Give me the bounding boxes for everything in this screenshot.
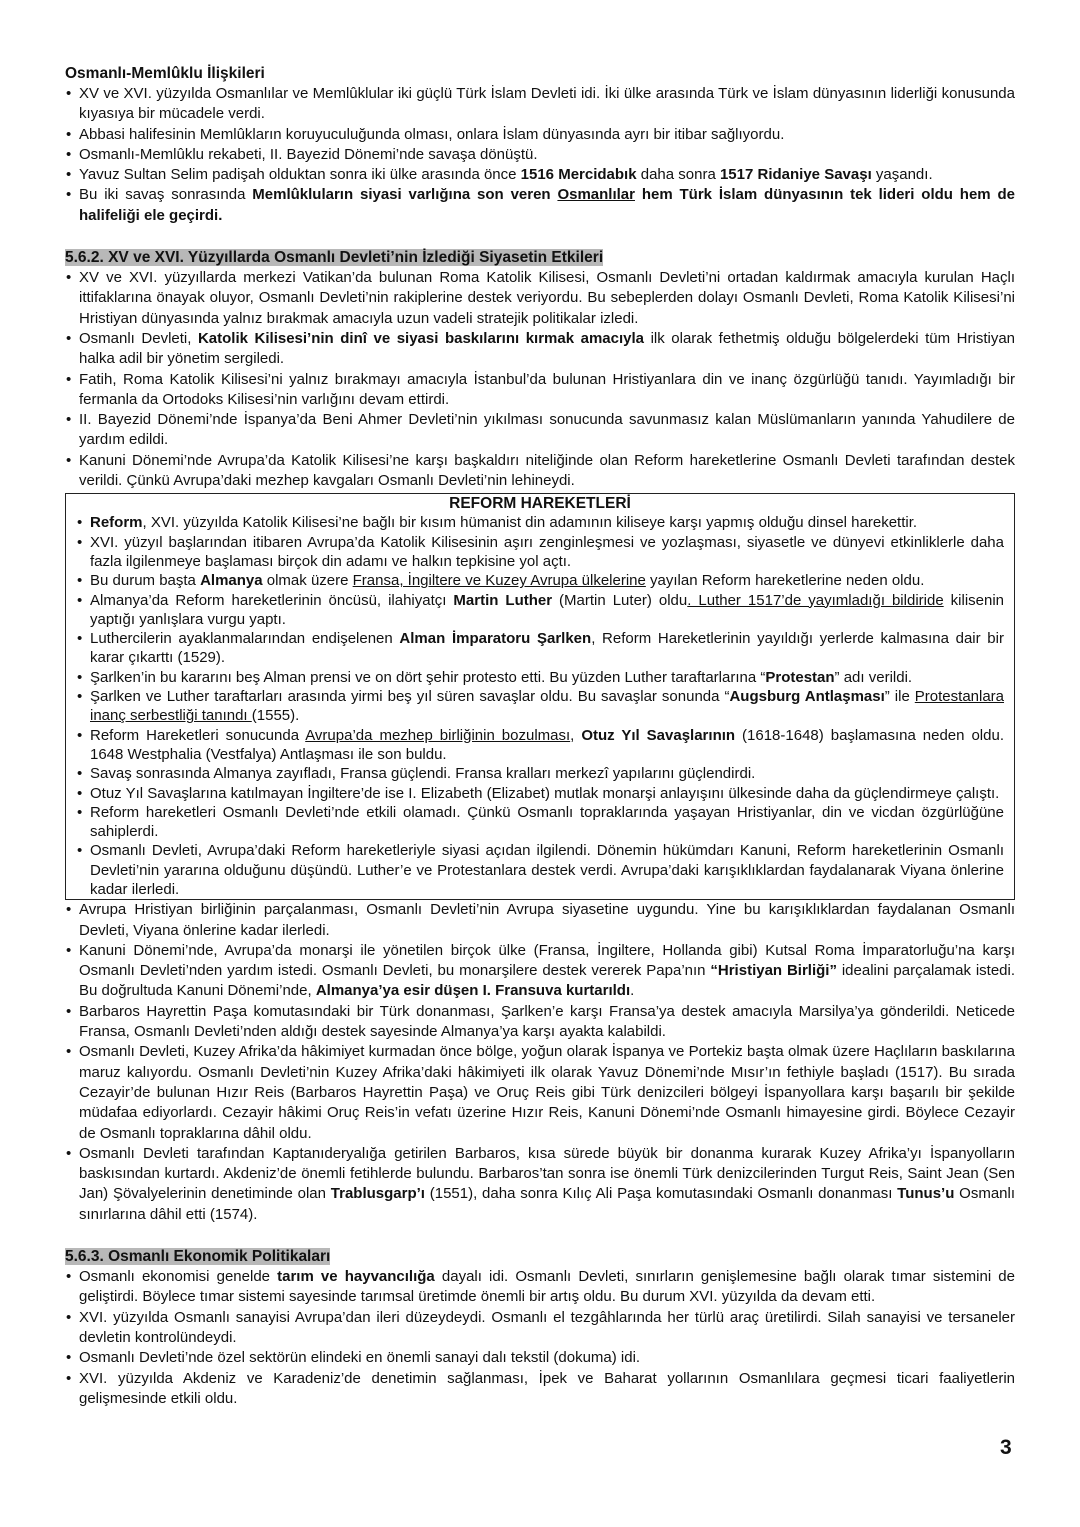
list-item: Almanya’da Reform hareketlerinin öncüsü,… (76, 591, 1004, 630)
list-reform: Reform, XVI. yüzyılda Katolik Kilisesi’n… (76, 513, 1004, 899)
list-item: Kanuni Dönemi’nde, Avrupa’da monarşi ile… (65, 941, 1015, 1002)
list-item: Abbasi halifesinin Memlûkların koruyucul… (65, 125, 1015, 145)
list-item: Osmanlı Devleti, Katolik Kilisesi’nin di… (65, 329, 1015, 370)
section-title-siyaset: 5.6.2. XV ve XVI. Yüzyıllarda Osmanlı De… (65, 248, 1015, 268)
list-item: XV ve XVI. yüzyıllarda merkezi Vatikan’d… (65, 268, 1015, 329)
list-item: Bu durum başta Almanya olmak üzere Frans… (76, 571, 1004, 590)
list-siyaset-after: Avrupa Hristiyan birliğinin parçalanması… (65, 900, 1015, 1225)
list-siyaset: XV ve XVI. yüzyıllarda merkezi Vatikan’d… (65, 268, 1015, 491)
list-item: II. Bayezid Dönemi’nde İspanya’da Beni A… (65, 410, 1015, 451)
list-item: Osmanlı-Memlûklu rekabeti, II. Bayezid D… (65, 145, 1015, 165)
reform-box: REFORM HAREKETLERİ Reform, XVI. yüzyılda… (65, 493, 1015, 900)
list-item: Osmanlı Devleti, Avrupa’daki Reform hare… (76, 841, 1004, 899)
list-item: Osmanlı Devleti’nde özel sektörün elinde… (65, 1348, 1015, 1368)
list-item: XVI. yüzyıl başlarından itibaren Avrupa’… (76, 533, 1004, 572)
list-item: Reform hareketleri Osmanlı Devleti’nde e… (76, 803, 1004, 842)
page-number: 3 (1000, 1436, 1012, 1460)
list-item: Şarlken’in bu kararını beş Alman prensi … (76, 668, 1004, 687)
section-title-memluk: Osmanlı-Memlûklu İlişkileri (65, 64, 1015, 84)
list-item: Avrupa Hristiyan birliğinin parçalanması… (65, 900, 1015, 941)
list-item: Reform, XVI. yüzyılda Katolik Kilisesi’n… (76, 513, 1004, 532)
list-ekonomi: Osmanlı ekonomisi genelde tarım ve hayva… (65, 1267, 1015, 1409)
list-item: XV ve XVI. yüzyılda Osmanlılar ve Memlûk… (65, 84, 1015, 125)
list-item: Barbaros Hayrettin Paşa komutasındaki bi… (65, 1002, 1015, 1043)
list-item: Kanuni Dönemi’nde Avrupa’da Katolik Kili… (65, 451, 1015, 492)
section-title-siyaset-text: 5.6.2. XV ve XVI. Yüzyıllarda Osmanlı De… (65, 249, 603, 266)
list-item: Savaş sonrasında Almanya zayıfladı, Fran… (76, 764, 1004, 783)
section-title-ekonomi: 5.6.3. Osmanlı Ekonomik Politikaları (65, 1247, 1015, 1267)
list-item: Reform Hareketleri sonucunda Avrupa’da m… (76, 726, 1004, 765)
reform-box-title: REFORM HAREKETLERİ (76, 494, 1004, 513)
list-item: XVI. yüzyılda Osmanlı sanayisi Avrupa’da… (65, 1308, 1015, 1349)
list-memluk: XV ve XVI. yüzyılda Osmanlılar ve Memlûk… (65, 84, 1015, 226)
list-item: Yavuz Sultan Selim padişah olduktan sonr… (65, 165, 1015, 185)
list-item: Bu iki savaş sonrasında Memlûkluların si… (65, 185, 1015, 226)
list-item: Luthercilerin ayaklanmalarından endişele… (76, 629, 1004, 668)
list-item: Osmanlı Devleti, Kuzey Afrika’da hâkimiy… (65, 1042, 1015, 1143)
list-item: Osmanlı Devleti tarafından Kaptanıderyal… (65, 1144, 1015, 1225)
list-item: Osmanlı ekonomisi genelde tarım ve hayva… (65, 1267, 1015, 1308)
list-item: Otuz Yıl Savaşlarına katılmayan İngilter… (76, 784, 1004, 803)
list-item: Fatih, Roma Katolik Kilisesi’ni yalnız b… (65, 370, 1015, 411)
section-title-ekonomi-text: 5.6.3. Osmanlı Ekonomik Politikaları (65, 1248, 330, 1265)
list-item: Şarlken ve Luther taraftarları arasında … (76, 687, 1004, 726)
list-item: XVI. yüzyılda Akdeniz ve Karadeniz’de de… (65, 1369, 1015, 1410)
document-page: Osmanlı-Memlûklu İlişkileri XV ve XVI. y… (65, 64, 1015, 1409)
